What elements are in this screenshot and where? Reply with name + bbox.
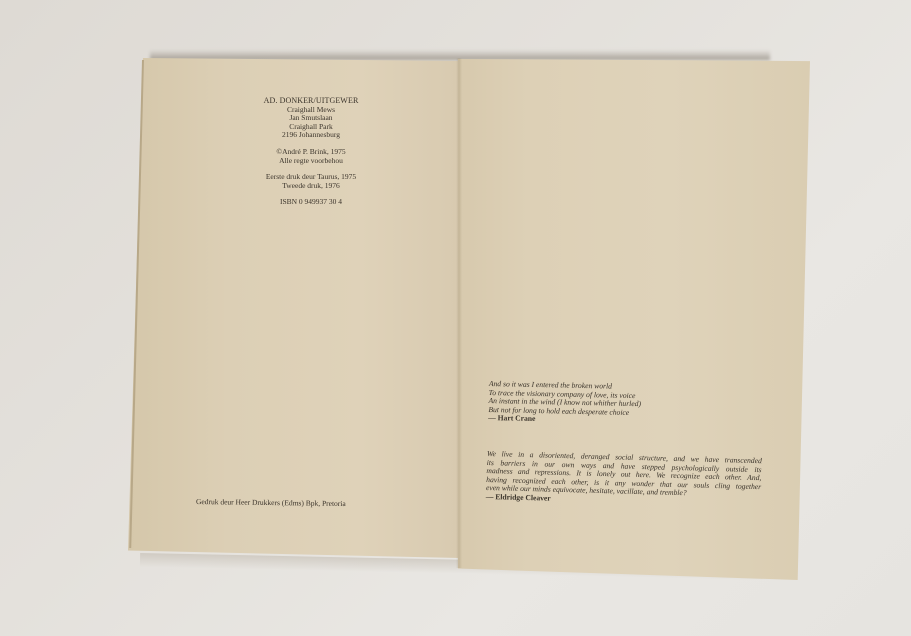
isbn-line: ISBN 0 949937 30 4 [236,198,386,207]
epigraph-eldridge-cleaver: We live in a disoriented, deranged socia… [486,450,762,509]
address-line: 2196 Johannesburg [236,131,386,140]
edition-line: Tweede druk, 1976 [236,182,386,191]
book-gutter [456,58,462,568]
epigraph-hart-crane: And so it was I entered the broken world… [488,380,641,426]
rights-line: Alle regte voorbehou [236,157,386,166]
imprint-block: AD. DONKER/UITGEWER Craighall Mews Jan S… [236,97,386,207]
